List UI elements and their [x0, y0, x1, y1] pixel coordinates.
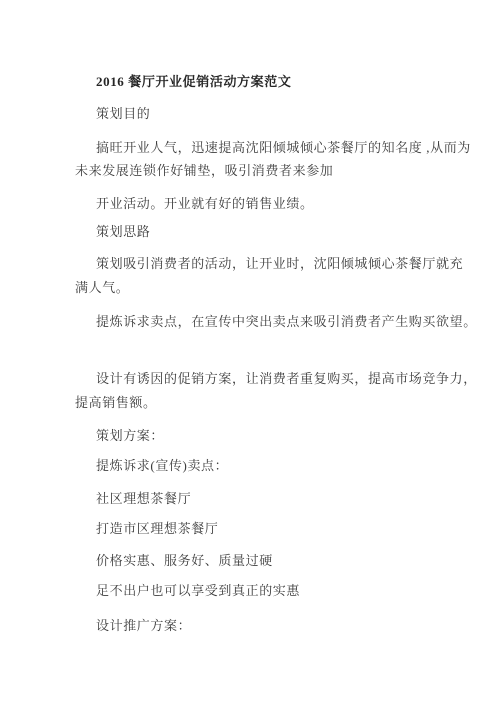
- document-line: 提高销售额。: [75, 391, 426, 414]
- document-content: 2016 餐厅开业促销活动方案范文 策划目的 搞旺开业人气，迅速提高沈阳倾城倾心…: [0, 0, 500, 637]
- document-line-heading-promotion: 设计推广方案：: [75, 614, 426, 637]
- document-line: 搞旺开业人气，迅速提高沈阳倾城倾心茶餐厅的知名度 ,从而为: [75, 136, 426, 159]
- document-line: 社区理想茶餐厅: [75, 487, 426, 510]
- document-line: 提炼诉求卖点，在宣传中突出卖点来吸引消费者产生购买欲望。: [75, 310, 426, 333]
- document-line: 未来发展连锁作好铺垫，吸引消费者来参加: [75, 159, 426, 182]
- document-title: 2016 餐厅开业促销活动方案范文: [75, 70, 426, 93]
- document-line: 足不出户也可以享受到真正的实惠: [75, 579, 426, 602]
- document-line: 策划吸引消费者的活动，让开业时，沈阳倾城倾心茶餐厅就充: [75, 252, 426, 275]
- document-line-heading-idea: 策划思路: [75, 220, 426, 243]
- document-page: 2016 餐厅开业促销活动方案范文 策划目的 搞旺开业人气，迅速提高沈阳倾城倾心…: [0, 0, 500, 707]
- document-line-heading-purpose: 策划目的: [75, 102, 426, 125]
- document-line: 打造市区理想茶餐厅: [75, 517, 426, 540]
- document-line: 设计有诱因的促销方案，让消费者重复购买，提高市场竞争力，: [75, 367, 426, 390]
- document-line-heading-plan: 策划方案：: [75, 424, 426, 447]
- document-line: 价格实惠、服务好、质量过硬: [75, 549, 426, 572]
- document-line: 提炼诉求(宣传)卖点：: [75, 454, 426, 477]
- document-line: 满人气。: [75, 276, 426, 299]
- document-line: 开业活动。开业就有好的销售业绩。: [75, 192, 426, 215]
